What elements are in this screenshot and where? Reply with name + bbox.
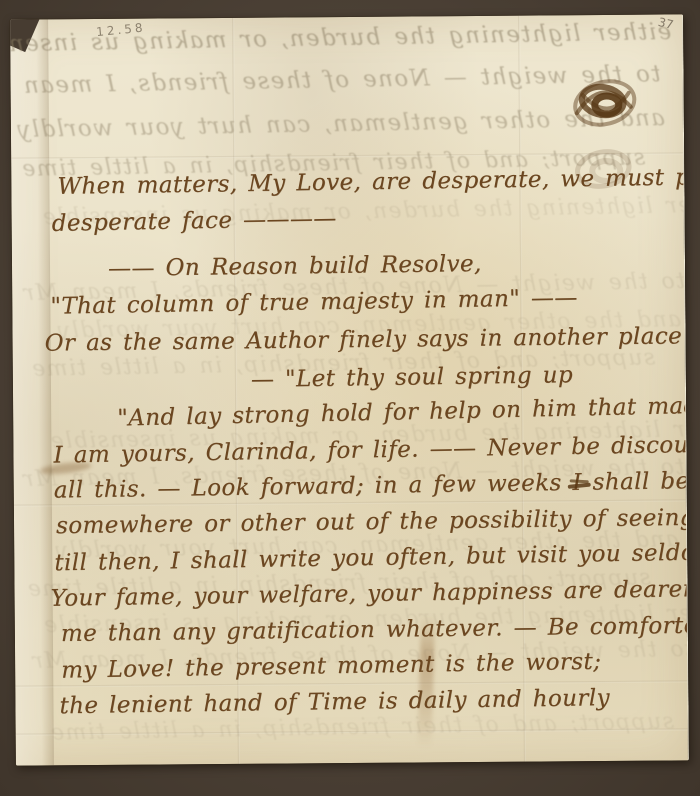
struck-word: I (572, 468, 582, 498)
letter-line-segment: all this. — Look forward; in a few weeks (54, 470, 573, 504)
letter-line: — "Let thy soul spring up (251, 360, 574, 395)
letter-line: —— On Reason build Resolve, (108, 249, 482, 284)
letter-line: desperate face ———— (51, 204, 336, 239)
letter-page: either lightening the burden, or making … (10, 14, 689, 765)
letter-line-segment: shall be (582, 468, 689, 496)
